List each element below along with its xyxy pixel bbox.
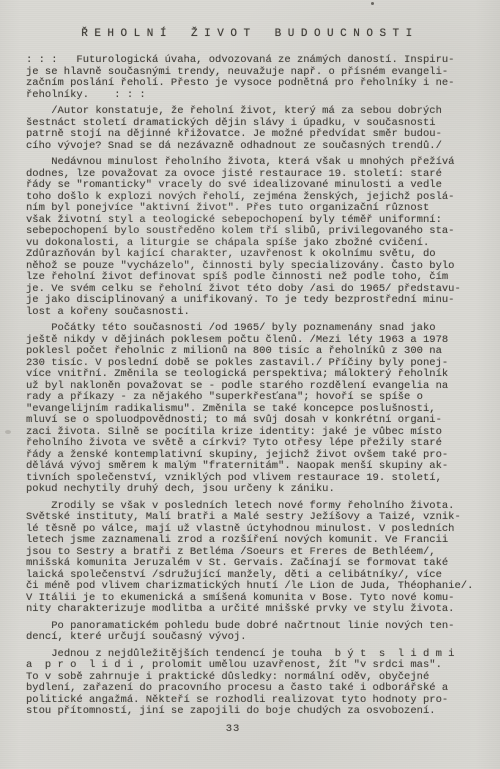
- paragraph-new-forms: Zrodily se však v posledních letech nové…: [26, 501, 484, 616]
- paragraph-authors-note: /Autor konstatuje, že řeholní život, kte…: [26, 106, 484, 152]
- document-page: ŘEHOLNÍ ŽIVOT BUDOUCNOSTI : : : Futurolo…: [0, 0, 500, 769]
- paragraph-present-beginnings: Počátky této současnosti /od 1965/ byly …: [26, 323, 484, 496]
- paragraph-intro: : : : Futurologická úvaha, odvozovaná ze…: [26, 55, 484, 101]
- paragraph-recent-past: Nedávnou minulost řeholního života, kter…: [26, 157, 484, 318]
- page-title: ŘEHOLNÍ ŽIVOT BUDOUCNOSTI: [26, 28, 474, 40]
- page-number: 33: [4, 723, 462, 735]
- document-body: : : : Futurologická úvaha, odvozovaná ze…: [26, 55, 484, 718]
- paragraph-tendency-with-people: Jednou z nejdůležitějších tendencí je to…: [26, 649, 484, 718]
- paragraph-transition: Po panoramatickém pohledu bude dobré nač…: [26, 621, 484, 644]
